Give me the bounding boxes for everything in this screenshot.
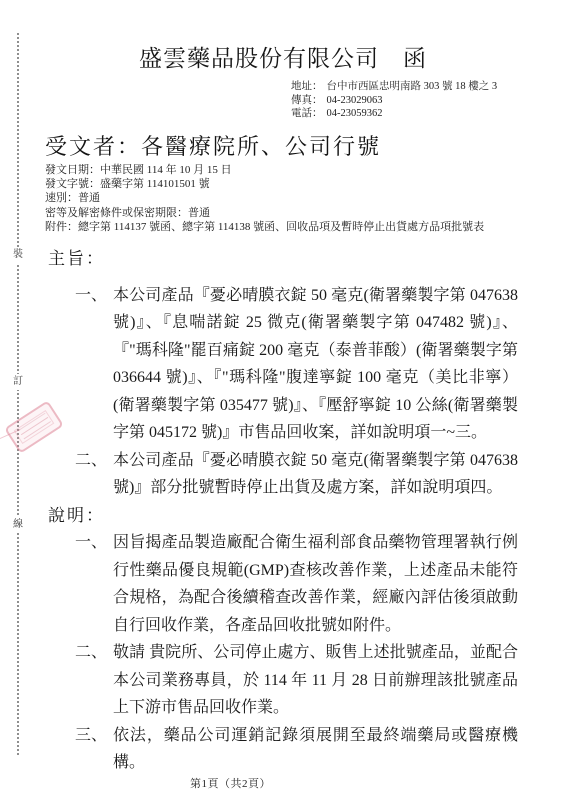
explanation-item-1-number: 一、 — [75, 529, 113, 639]
document-title: 盛雲藥品股份有限公司 函 — [0, 40, 566, 73]
fax-label: 傳真： — [291, 95, 323, 106]
page-number-footer: 第1頁（共2頁） — [190, 775, 271, 791]
explanation-item-3: 三、 依法，藥品公司運銷記錄須展開至最終端藥局或醫療機構。 — [48, 722, 518, 777]
phone-value: 04-23059362 — [327, 108, 383, 119]
fax-value: 04-23029063 — [327, 95, 383, 106]
meta-doc-number: 發文字號：盛藥字第 114101501 號 — [45, 177, 545, 191]
meta-issue-date: 發文日期：中華民國 114 年 10 月 15 日 — [45, 163, 545, 177]
subject-item-2-text: 本公司產品『憂必晴膜衣錠 50 毫克(衛署藥製字第 047638 號)』部分批號… — [113, 447, 518, 502]
subject-heading: 主旨： — [48, 245, 518, 273]
binding-dotted-line — [17, 33, 19, 755]
recipient-line: 受文者：各醫療院所、公司行號 — [45, 130, 381, 161]
explanation-item-1: 一、 因旨揭產品製造廠配合衛生福利部食品藥物管理署執行例行性藥品優良規範(GMP… — [48, 529, 518, 639]
explanation-item-2-text: 敬請 貴院所、公司停止處方、販售上述批號產品，並配合本公司業務專員，於 114 … — [113, 639, 518, 722]
subject-item-2: 二、 本公司產品『憂必晴膜衣錠 50 毫克(衛署藥製字第 047638 號)』部… — [48, 447, 518, 502]
address-row: 地址：台中市西區忠明南路 303 號 18 樓之 3 — [291, 80, 497, 94]
meta-speed: 速別：普通 — [45, 191, 545, 205]
fax-row: 傳真：04-23029063 — [291, 94, 497, 108]
scanned-letter-page: 裝 訂 線 盛雲藥品股份有限公司 函 地址：台中市西區忠明南路 303 號 18… — [0, 0, 566, 810]
address-label: 地址： — [291, 81, 323, 92]
subject-item-2-number: 二、 — [75, 447, 113, 502]
address-value: 台中市西區忠明南路 303 號 18 樓之 3 — [327, 81, 498, 92]
letter-body: 主旨： 一、 本公司產品『憂必晴膜衣錠 50 毫克(衛署藥製字第 047638 … — [48, 245, 518, 777]
explanation-item-2-number: 二、 — [75, 639, 113, 722]
subject-item-1: 一、 本公司產品『憂必晴膜衣錠 50 毫克(衛署藥製字第 047638 號)』、… — [48, 282, 518, 447]
binding-mark-ding: 訂 — [11, 374, 25, 390]
phone-row: 電話：04-23059362 — [291, 107, 497, 121]
contact-block: 地址：台中市西區忠明南路 303 號 18 樓之 3 傳真：04-2302906… — [291, 80, 497, 121]
explanation-item-3-number: 三、 — [75, 722, 113, 777]
meta-secrecy: 密等及解密條件或保密期限：普通 — [45, 206, 545, 220]
binding-mark-xian: 線 — [11, 517, 25, 533]
meta-attachments: 附件：總字第 114137 號函、總字第 114138 號函、回收品項及暫時停止… — [45, 220, 545, 234]
binding-mark-zhuang: 裝 — [11, 247, 25, 263]
subject-item-1-number: 一、 — [75, 282, 113, 447]
meta-block: 發文日期：中華民國 114 年 10 月 15 日 發文字號：盛藥字第 1141… — [45, 163, 545, 234]
explanation-item-3-text: 依法，藥品公司運銷記錄須展開至最終端藥局或醫療機構。 — [113, 722, 518, 777]
explanation-item-1-text: 因旨揭產品製造廠配合衛生福利部食品藥物管理署執行例行性藥品優良規範(GMP)查核… — [113, 529, 518, 639]
explanation-heading: 說明： — [48, 502, 518, 530]
phone-label: 電話： — [291, 108, 323, 119]
explanation-item-2: 二、 敬請 貴院所、公司停止處方、販售上述批號產品，並配合本公司業務專員，於 1… — [48, 639, 518, 722]
subject-item-1-text: 本公司產品『憂必晴膜衣錠 50 毫克(衛署藥製字第 047638 號)』、『息喘… — [113, 282, 518, 447]
